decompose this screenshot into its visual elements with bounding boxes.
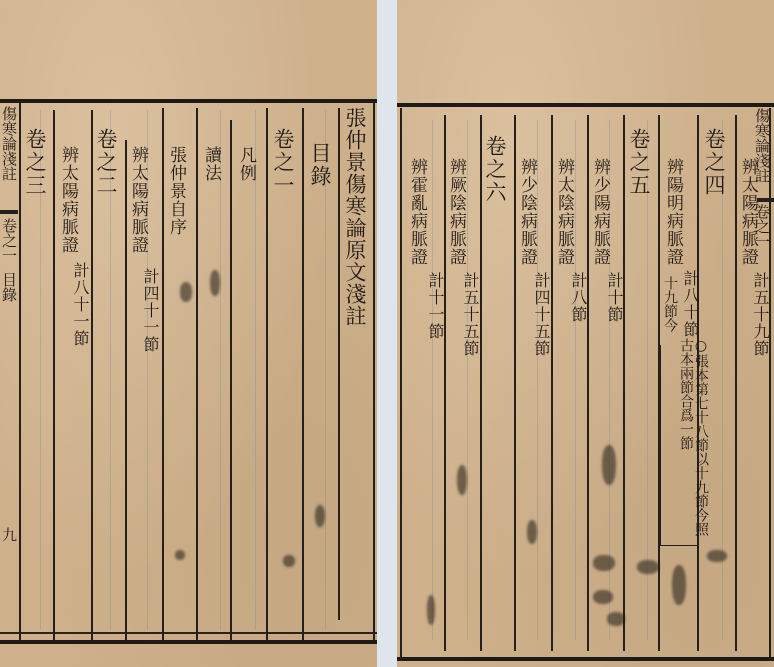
column-rule [266,108,268,640]
toc-item-taiyin-count: 計八節 [568,272,588,323]
toc-item-dufa: 讀法 [201,146,221,182]
column-rule [400,108,402,661]
book-title: 張仲景傷寒論原文淺註 [341,107,369,327]
fold-fishtail [0,210,18,214]
column-rule [735,115,737,651]
toc-item-fanli: 凡例 [236,146,256,182]
toc-item-yangming-count: 計八十節 [680,270,700,338]
fold-title: 傷寒論淺註 [1,106,17,181]
column-rule [53,110,55,640]
top-border [0,99,377,103]
fold-section: 目錄 [1,272,17,302]
toc-item-shaoyin: 辨少陰病脈證 [517,158,537,266]
column-rule [19,103,21,640]
column-rule [302,108,304,640]
toc-item-taiyang-1: 辨太陽病脈證 [128,146,148,254]
column-rule [162,108,164,640]
toc-item-taiyang-3: 辨太陽病脈證 [738,158,758,266]
fold-volume: 卷之一 [1,218,17,263]
volume-6: 卷之六 [482,135,508,204]
volume-4: 卷之四 [701,128,727,197]
column-rule [125,140,127,640]
toc-item-shaoyang: 辨少陽病脈證 [590,158,610,266]
toc-item-shaoyang-count: 計十節 [604,272,624,323]
toc-item-yangming: 辨陽明病脈證 [663,158,683,266]
left-page: 傷寒論淺註 卷之一 目錄 九 張仲景傷寒論原文淺註 目錄 卷之一 凡例 讀法 張… [0,0,377,667]
toc-item-yangming-note: ○張本第七十八節以十九節今照古本兩節合爲一節 [678,338,708,543]
column-rule [587,115,589,651]
toc-item-preface: 張仲景自序 [166,146,186,236]
toc-item-yangming-note-left: 十九節今 [662,276,677,332]
page-number: 九 [1,527,17,542]
volume-2: 卷之二 [93,128,119,197]
fold-fishtail [757,198,774,202]
toc-item-jueyin-count: 計五十五節 [460,272,480,357]
toc-item-shaoyin-count: 計四十五節 [531,272,551,357]
column-rule [769,108,771,661]
toc-item-huoluan: 辨霍亂病脈證 [407,158,427,266]
book-gutter [377,0,397,667]
column-rule [230,120,232,640]
bottom-border [397,657,774,661]
toc-item-taiyang-2: 辨太陽病脈證 [58,146,78,254]
toc-item-taiyang-1-count: 計四十一節 [140,268,160,353]
top-border [397,103,774,107]
volume-1: 卷之一 [270,128,296,197]
toc-item-taiyin: 辨太陰病脈證 [554,158,574,266]
toc-heading: 目錄 [307,142,333,188]
toc-item-jueyin: 辨厥陰病脈證 [446,158,466,266]
column-rule [338,108,340,620]
toc-item-taiyang-3-count: 計五十九節 [750,272,770,357]
toc-item-taiyang-2-count: 計八十一節 [70,262,90,347]
toc-item-huoluan-count: 計十一節 [425,272,445,340]
volume-3: 卷之三 [22,128,48,197]
column-rule [551,115,553,651]
right-page: 傷寒論淺註 卷之一 辨太陽病脈證 計五十九節 卷之四 辨陽明病脈證 計八十節 十… [397,0,774,667]
column-rule [196,108,198,640]
column-rule [623,115,625,651]
volume-5: 卷之五 [626,128,652,197]
bottom-border [0,640,377,644]
column-rule [514,115,516,651]
column-rule [373,103,375,640]
